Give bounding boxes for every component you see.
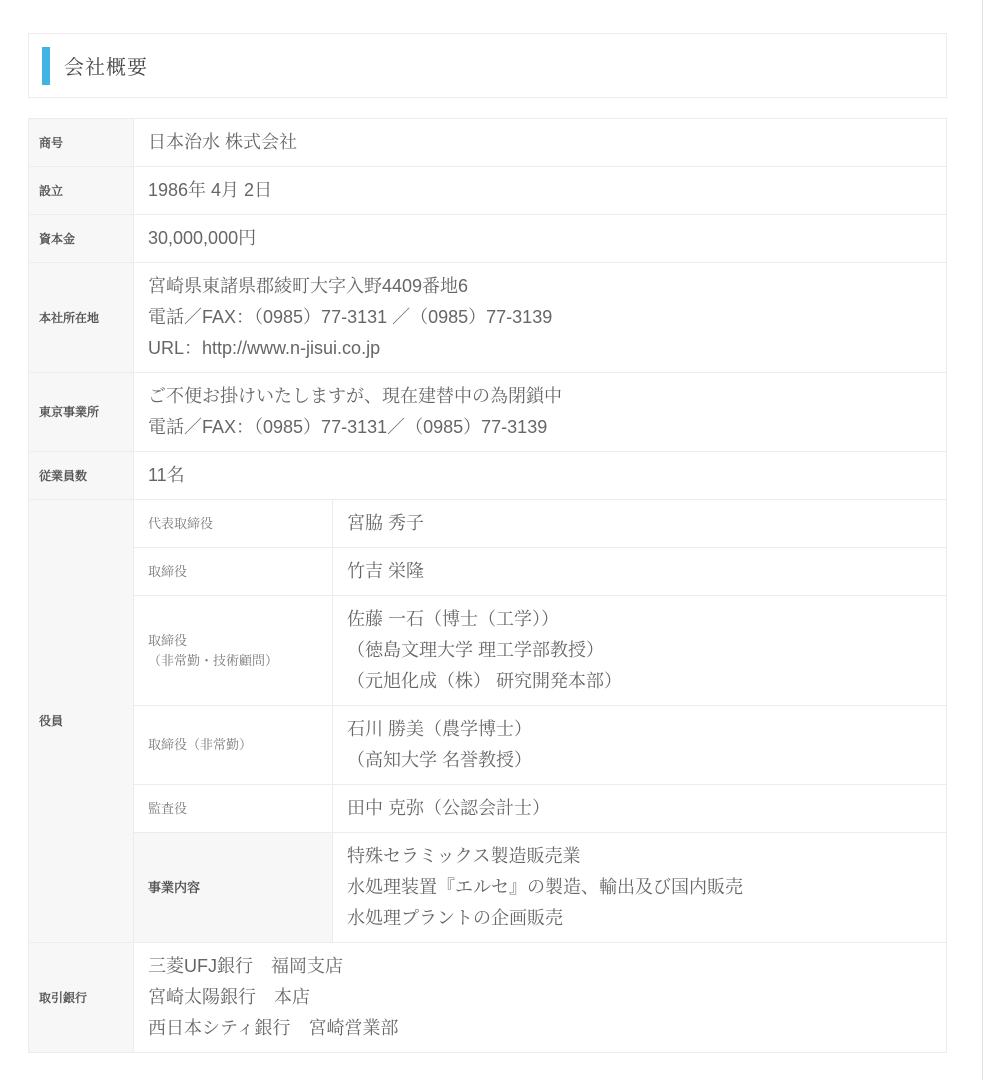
officer-title: 監査役 bbox=[134, 785, 333, 833]
officer-value: 佐藤 一石（博士（工学）） （徳島文理大学 理工学部教授） （元旭化成（株） 研… bbox=[333, 596, 947, 706]
page-right-edge-line bbox=[982, 0, 983, 1080]
banks-label: 取引銀行 bbox=[29, 943, 134, 1053]
value-line: 佐藤 一石（博士（工学）） bbox=[347, 604, 934, 635]
table-row: 東京事業所 ご不便お掛けいたしますが、現在建替中の為閉鎖中 電話／FAX：（09… bbox=[29, 373, 947, 452]
value-line: 三菱UFJ銀行 福岡支店 bbox=[148, 951, 934, 982]
business-content-label: 事業内容 bbox=[134, 833, 333, 943]
row-value: 11名 bbox=[134, 452, 947, 500]
row-label: 資本金 bbox=[29, 215, 134, 263]
table-row: 本社所在地 宮崎県東諸県郡綾町大字入野4409番地6 電話／FAX：（0985）… bbox=[29, 263, 947, 373]
value-line: 石川 勝美（農学博士） bbox=[347, 714, 934, 745]
value-line: 竹吉 栄隆 bbox=[347, 556, 934, 587]
section-header: 会社概要 bbox=[28, 33, 947, 98]
value-line: 11名 bbox=[148, 460, 934, 491]
banks-value: 三菱UFJ銀行 福岡支店 宮崎太陽銀行 本店 西日本シティ銀行 宮崎営業部 bbox=[134, 943, 947, 1053]
row-label: 東京事業所 bbox=[29, 373, 134, 452]
officer-title-line: 取締役 bbox=[148, 631, 322, 651]
officer-row: 事業内容 特殊セラミックス製造販売業 水処理装置『エルセ』の製造、輸出及び国内販… bbox=[29, 833, 947, 943]
table-row: 従業員数 11名 bbox=[29, 452, 947, 500]
page-title: 会社概要 bbox=[64, 51, 148, 80]
officer-title-line: 事業内容 bbox=[148, 878, 322, 898]
row-label: 本社所在地 bbox=[29, 263, 134, 373]
row-value: 宮崎県東諸県郡綾町大字入野4409番地6 電話／FAX：（0985）77-313… bbox=[134, 263, 947, 373]
value-line: 1986年 4月 2日 bbox=[148, 175, 934, 206]
officer-title-line: 取締役（非常勤） bbox=[148, 735, 322, 755]
row-value: 30,000,000円 bbox=[134, 215, 947, 263]
value-line: 日本治水 株式会社 bbox=[148, 127, 934, 158]
row-label: 商号 bbox=[29, 119, 134, 167]
officer-value: 石川 勝美（農学博士） （高知大学 名誉教授） bbox=[333, 706, 947, 785]
value-line: 水処理装置『エルセ』の製造、輸出及び国内販売 bbox=[347, 872, 934, 903]
officer-title-line: 代表取締役 bbox=[148, 514, 322, 534]
value-line: 宮崎県東諸県郡綾町大字入野4409番地6 bbox=[148, 271, 934, 302]
value-line: （徳島文理大学 理工学部教授） bbox=[347, 635, 934, 666]
officer-row: 役員 代表取締役 宮脇 秀子 bbox=[29, 500, 947, 548]
value-line: 田中 克弥（公認会計士） bbox=[347, 793, 934, 824]
value-line: （元旭化成（株） 研究開発本部） bbox=[347, 666, 934, 697]
row-label: 従業員数 bbox=[29, 452, 134, 500]
value-line: 30,000,000円 bbox=[148, 223, 934, 254]
table-row: 取引銀行 三菱UFJ銀行 福岡支店 宮崎太陽銀行 本店 西日本シティ銀行 宮崎営… bbox=[29, 943, 947, 1053]
value-line: 水処理プラントの企画販売 bbox=[347, 903, 934, 934]
officer-value: 宮脇 秀子 bbox=[333, 500, 947, 548]
officer-value: 竹吉 栄隆 bbox=[333, 548, 947, 596]
business-content-value: 特殊セラミックス製造販売業 水処理装置『エルセ』の製造、輸出及び国内販売 水処理… bbox=[333, 833, 947, 943]
value-line: （高知大学 名誉教授） bbox=[347, 745, 934, 776]
value-line: 西日本シティ銀行 宮崎営業部 bbox=[148, 1013, 934, 1044]
officer-title-line: （非常勤・技術顧問） bbox=[148, 651, 322, 671]
row-value: 日本治水 株式会社 bbox=[134, 119, 947, 167]
value-line: 電話／FAX：（0985）77-3131 ／（0985）77-3139 bbox=[148, 302, 934, 333]
officer-title-line: 取締役 bbox=[148, 562, 322, 582]
row-value: ご不便お掛けいたしますが、現在建替中の為閉鎖中 電話／FAX：（0985）77-… bbox=[134, 373, 947, 452]
value-line: 宮崎太陽銀行 本店 bbox=[148, 982, 934, 1013]
table-row: 資本金 30,000,000円 bbox=[29, 215, 947, 263]
value-line-url: URL：http://www.n-jisui.co.jp bbox=[148, 333, 934, 364]
officer-row: 取締役 （非常勤・技術顧問） 佐藤 一石（博士（工学）） （徳島文理大学 理工学… bbox=[29, 596, 947, 706]
row-value: 1986年 4月 2日 bbox=[134, 167, 947, 215]
officer-title: 取締役（非常勤） bbox=[134, 706, 333, 785]
officer-title-line: 監査役 bbox=[148, 799, 322, 819]
table-row: 商号 日本治水 株式会社 bbox=[29, 119, 947, 167]
officer-row: 取締役（非常勤） 石川 勝美（農学博士） （高知大学 名誉教授） bbox=[29, 706, 947, 785]
officers-label: 役員 bbox=[29, 500, 134, 943]
title-accent-bar bbox=[42, 47, 50, 85]
value-line: 宮脇 秀子 bbox=[347, 508, 934, 539]
company-info-table: 商号 日本治水 株式会社 設立 1986年 4月 2日 資本金 30,000,0… bbox=[28, 118, 947, 1053]
value-line: 電話／FAX：（0985）77-3131／（0985）77-3139 bbox=[148, 412, 934, 443]
officer-row: 取締役 竹吉 栄隆 bbox=[29, 548, 947, 596]
officer-title: 代表取締役 bbox=[134, 500, 333, 548]
officer-title: 取締役 （非常勤・技術顧問） bbox=[134, 596, 333, 706]
officer-row: 監査役 田中 克弥（公認会計士） bbox=[29, 785, 947, 833]
value-line: ご不便お掛けいたしますが、現在建替中の為閉鎖中 bbox=[148, 381, 934, 412]
officer-value: 田中 克弥（公認会計士） bbox=[333, 785, 947, 833]
table-row: 設立 1986年 4月 2日 bbox=[29, 167, 947, 215]
officer-title: 取締役 bbox=[134, 548, 333, 596]
row-label: 設立 bbox=[29, 167, 134, 215]
value-line: 特殊セラミックス製造販売業 bbox=[347, 841, 934, 872]
